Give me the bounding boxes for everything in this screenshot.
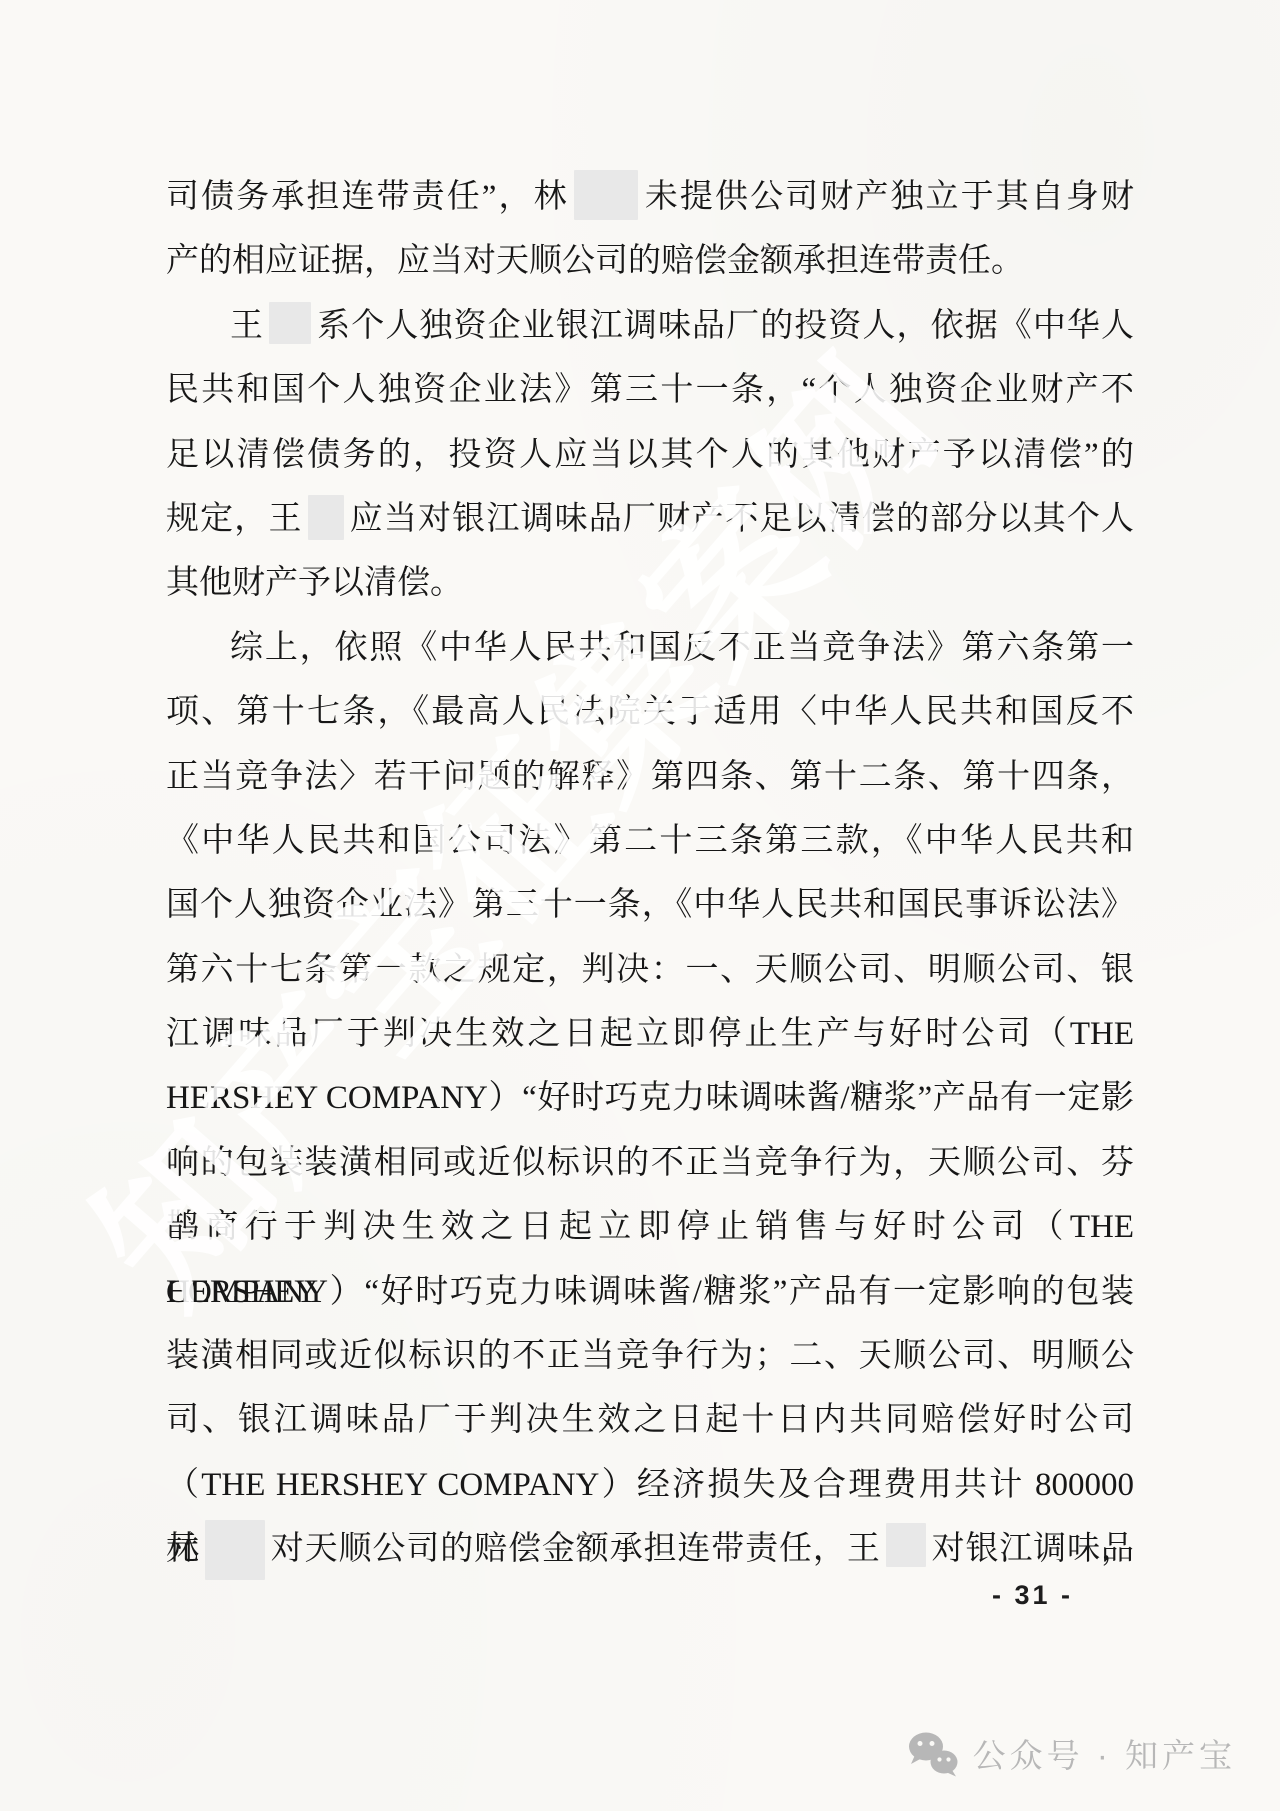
line-text: 司债务承担连带责任”，林 bbox=[166, 179, 569, 215]
footer-label: 公众号 · 知产宝 bbox=[973, 1730, 1236, 1777]
line-text: 系个人独资企业银江调味品厂的投资人，依据《中华人 bbox=[316, 308, 1134, 344]
wechat-footer: 公众号 · 知产宝 bbox=[907, 1730, 1236, 1777]
text-line: 《中华人民共和国公司法》第二十三条第三款，《中华人民共和 bbox=[166, 809, 1134, 873]
text-line: 响的包装装潢相同或近似标识的不正当竞争行为，天顺公司、芬 bbox=[166, 1131, 1134, 1195]
line-text: 足以清偿债务的，投资人应当以其个人的其他财产予以清偿”的 bbox=[166, 437, 1134, 473]
line-text: 王 bbox=[230, 308, 264, 344]
line-text: 应当对银江调味品厂财产不足以清偿的部分以其个人 bbox=[349, 501, 1134, 537]
line-text: 对银江调味品 bbox=[931, 1531, 1134, 1567]
text-line: 规定，王应当对银江调味品厂财产不足以清偿的部分以其个人 bbox=[166, 487, 1134, 551]
line-text: 其他财产予以清偿。 bbox=[166, 565, 463, 601]
page-number: - 31 - bbox=[992, 1580, 1073, 1611]
text-line: 民共和国个人独资企业法》第三十一条，“个人独资企业财产不 bbox=[166, 358, 1134, 422]
text-line: 装潢相同或近似标识的不正当竞争行为；二、天顺公司、明顺公 bbox=[166, 1324, 1134, 1388]
line-text: 未提供公司财产独立于其自身财 bbox=[643, 179, 1134, 215]
text-line: 第六十七条第一款之规定，判决：一、天顺公司、明顺公司、银 bbox=[166, 938, 1134, 1002]
line-text: 《中华人民共和国公司法》第二十三条第三款，《中华人民共和 bbox=[166, 823, 1134, 859]
line-text: 项、第十七条，《最高人民法院关于适用〈中华人民共和国反不 bbox=[166, 694, 1134, 730]
text-line: 司债务承担连带责任”，林未提供公司财产独立于其自身财 bbox=[166, 165, 1134, 229]
text-line: 国个人独资企业法》第三十一条，《中华人民共和国民事诉讼法》 bbox=[166, 873, 1134, 937]
text-line: 林对天顺公司的赔偿金额承担连带责任，王对银江调味品 bbox=[166, 1517, 1134, 1581]
text-line: （THE HERSHEY COMPANY）经济损失及合理费用共计 800000 … bbox=[166, 1453, 1134, 1517]
text-line: 鹊商行于判决生效之日起立即停止销售与好时公司（THE HERSHEY bbox=[166, 1195, 1134, 1259]
text-line: 足以清偿债务的，投资人应当以其个人的其他财产予以清偿”的 bbox=[166, 423, 1134, 487]
text-line: 产的相应证据，应当对天顺公司的赔偿金额承担连带责任。 bbox=[166, 229, 1134, 293]
text-line: 项、第十七条，《最高人民法院关于适用〈中华人民共和国反不 bbox=[166, 680, 1134, 744]
line-text: HERSHEY COMPANY）“好时巧克力味调味酱/糖浆”产品有一定影 bbox=[166, 1080, 1134, 1116]
line-text: 民共和国个人独资企业法》第三十一条，“个人独资企业财产不 bbox=[166, 372, 1134, 408]
text-line: 正当竞争法〉若干问题的解释》第四条、第十二条、第十四条， bbox=[166, 745, 1134, 809]
judgment-body-text: 司债务承担连带责任”，林未提供公司财产独立于其自身财 产的相应证据，应当对天顺公… bbox=[166, 165, 1134, 1582]
line-text: 第六十七条第一款之规定，判决：一、天顺公司、明顺公司、银 bbox=[166, 952, 1134, 988]
line-text: 装潢相同或近似标识的不正当竞争行为；二、天顺公司、明顺公 bbox=[166, 1338, 1134, 1374]
redaction-box bbox=[308, 495, 344, 540]
redaction-box bbox=[205, 1520, 265, 1580]
line-text: 对天顺公司的赔偿金额承担连带责任，王 bbox=[270, 1531, 881, 1567]
text-line: 司、银江调味品厂于判决生效之日起十日内共同赔偿好时公司 bbox=[166, 1388, 1134, 1452]
line-text: 林 bbox=[166, 1531, 200, 1567]
line-text: 国个人独资企业法》第三十一条，《中华人民共和国民事诉讼法》 bbox=[166, 887, 1134, 923]
text-line: 王系个人独资企业银江调味品厂的投资人，依据《中华人 bbox=[166, 294, 1134, 358]
text-line: COMPANY）“好时巧克力味调味酱/糖浆”产品有一定影响的包装 bbox=[166, 1260, 1134, 1324]
line-text: 综上，依照《中华人民共和国反不正当竞争法》第六条第一 bbox=[230, 630, 1134, 666]
line-text: 响的包装装潢相同或近似标识的不正当竞争行为，天顺公司、芬 bbox=[166, 1145, 1134, 1181]
text-line: HERSHEY COMPANY）“好时巧克力味调味酱/糖浆”产品有一定影 bbox=[166, 1066, 1134, 1130]
redaction-box bbox=[886, 1523, 926, 1567]
redaction-box bbox=[269, 302, 311, 344]
line-text: 正当竞争法〉若干问题的解释》第四条、第十二条、第十四条， bbox=[166, 759, 1134, 795]
text-line: 综上，依照《中华人民共和国反不正当竞争法》第六条第一 bbox=[166, 616, 1134, 680]
line-text: 江调味品厂于判决生效之日起立即停止生产与好时公司（THE bbox=[166, 1016, 1134, 1052]
text-line: 其他财产予以清偿。 bbox=[166, 551, 1134, 615]
text-line: 江调味品厂于判决生效之日起立即停止生产与好时公司（THE bbox=[166, 1002, 1134, 1066]
line-text: 产的相应证据，应当对天顺公司的赔偿金额承担连带责任。 bbox=[166, 243, 1024, 279]
redaction-box bbox=[574, 170, 638, 220]
line-text: 规定，王 bbox=[166, 501, 303, 537]
scanned-judgment-page: { "document": { "page_number": "- 31 -",… bbox=[0, 0, 1280, 1811]
line-text: 司、银江调味品厂于判决生效之日起十日内共同赔偿好时公司 bbox=[166, 1402, 1134, 1438]
line-text: COMPANY）“好时巧克力味调味酱/糖浆”产品有一定影响的包装 bbox=[166, 1274, 1134, 1310]
wechat-icon bbox=[907, 1731, 959, 1777]
